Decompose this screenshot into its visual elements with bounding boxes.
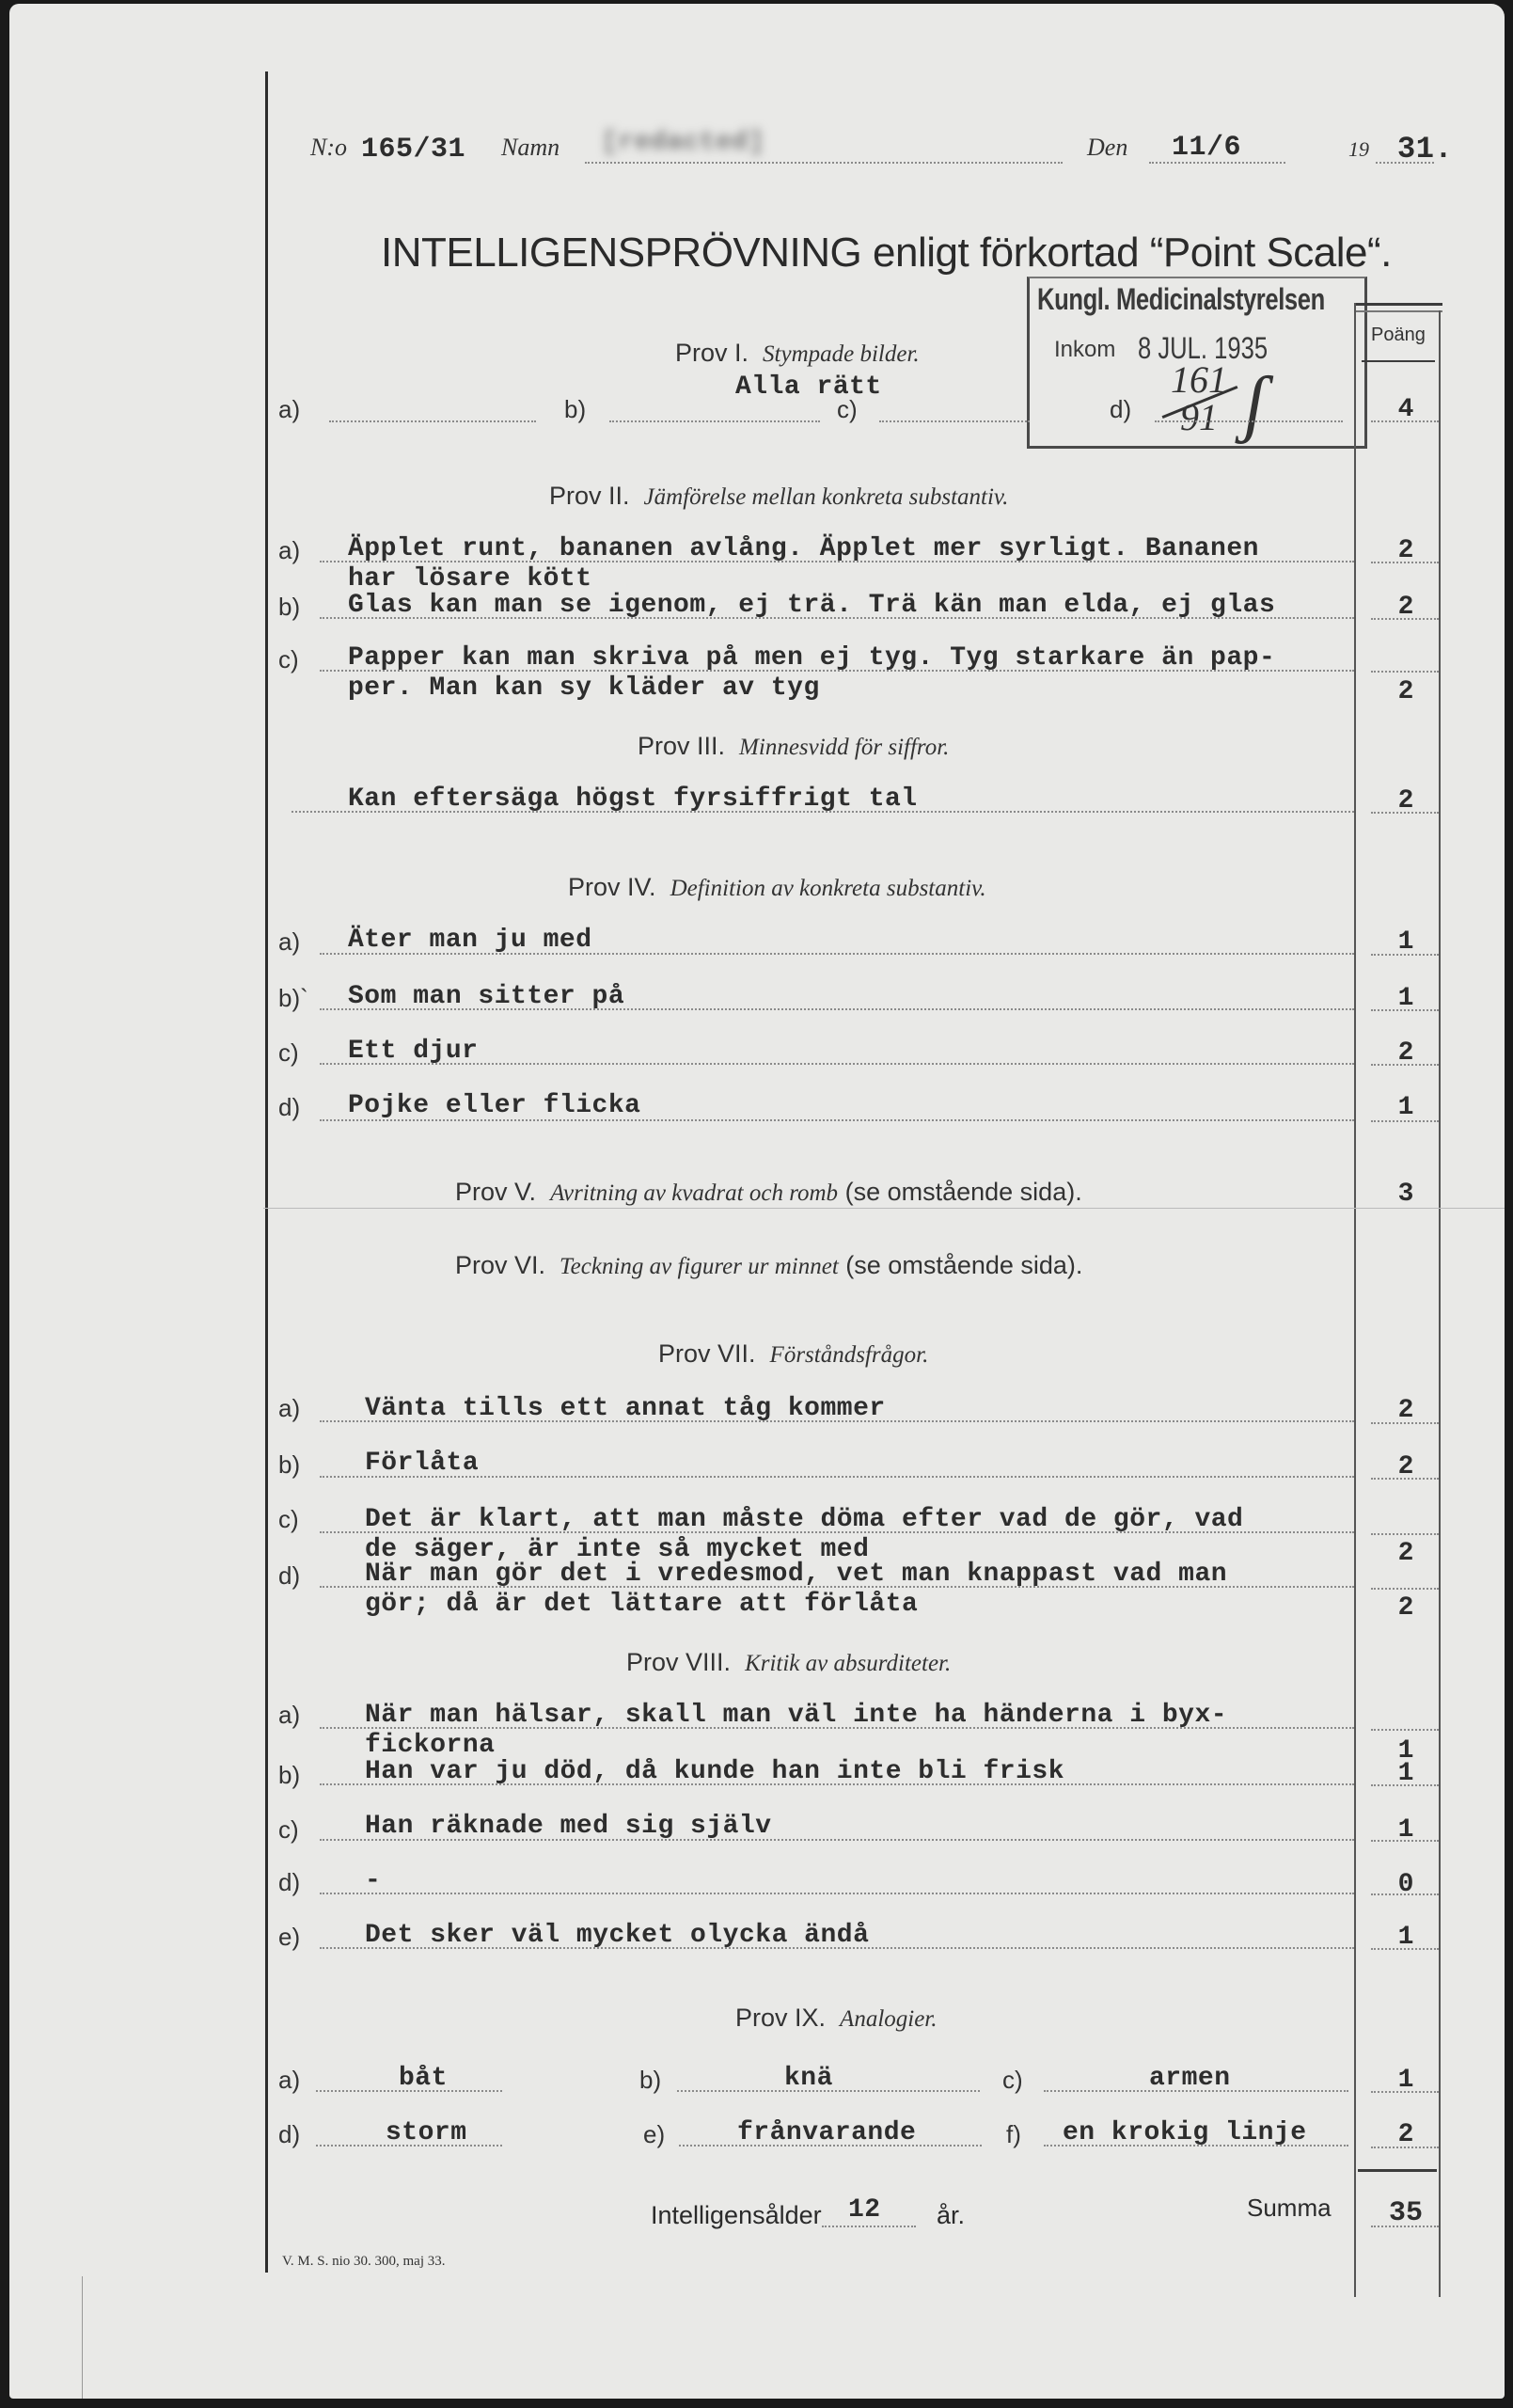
test-2-answer-b: Glas kan man se igenom, ej trä. Trä kän … [348,591,1275,620]
sum-value: 35 [1368,2197,1443,2229]
intelligence-age-value: 12 [848,2195,881,2225]
intelligence-age-label: Intelligensålder [651,2201,822,2230]
year-value: 31. [1397,132,1453,166]
page-fold-line [263,1208,1505,1209]
test-2-answer-c: Papper kan man skriva på men ej tyg. Tyg… [348,643,1275,673]
name-value: [redacted] [602,128,764,157]
handwritten-signature: ʃ [1244,361,1266,447]
test-5-title: Prov V. Avritning av kvadrat och romb (s… [455,1178,1082,1207]
number-value: 165/31 [361,134,465,166]
received-stamp: Kungl. Medicinalstyrelsen Inkom 8 JUL. 1… [1027,277,1367,449]
intelligence-age-unit: år. [937,2201,965,2230]
date-label: Den [1087,134,1127,162]
test-8-title: Prov VIII. Kritik av absurditeter. [626,1648,951,1677]
sum-label: Summa [1247,2194,1332,2223]
test-4-title: Prov IV. Definition av konkreta substant… [568,873,986,902]
margin-rule [265,71,268,2273]
sum-rule [1358,2169,1437,2172]
test-3-title: Prov III. Minnesvidd för siffror. [638,732,949,761]
stamp-received-label: Inkom [1054,337,1115,363]
score-column-left-rule [1354,303,1356,2297]
test-9-title: Prov IX. Analogier. [735,2004,938,2033]
stamp-org: Kungl. Medicinalstyrelsen [1037,282,1325,317]
score-column-header: Poäng [1371,325,1426,346]
year-prefix: 19 [1348,137,1369,162]
margin-rule-faint [82,2276,83,2399]
number-label: N:o [310,134,347,162]
test-2-answer-a: Äpplet runt, bananen avlång. Äpplet mer … [348,534,1259,563]
test-6-title: Prov VI. Teckning av figurer ur minnet (… [455,1251,1082,1280]
handwritten-number-bottom: 91 [1180,395,1218,439]
form-title: INTELLIGENSPRÖVNING enligt förkortad “Po… [381,230,1392,277]
date-value: 11/6 [1172,132,1241,164]
name-label: Namn [501,134,559,162]
test-2-title: Prov II. Jämförelse mellan konkreta subs… [549,482,1008,511]
test-7-title: Prov VII. Förståndsfrågor. [658,1339,928,1369]
test-1-answer: Alla rätt [735,372,882,402]
test-1-title: Prov I. Stympade bilder. [675,339,920,368]
print-note: V. M. S. nio 30. 300, maj 33. [282,2254,446,2270]
test-3-answer: Kan eftersäga högst fyrsiffrigt tal [348,784,918,814]
